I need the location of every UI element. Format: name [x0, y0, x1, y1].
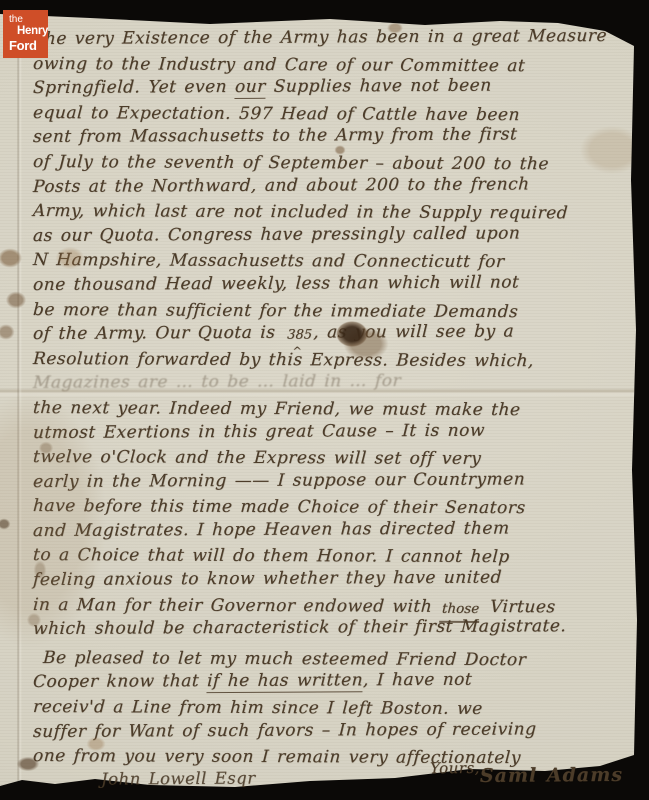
logo-word-the: the — [9, 15, 48, 25]
photo-stage: The very Existence of the Army has been … — [0, 0, 649, 800]
letter-text: , as you will see by a — [313, 322, 515, 343]
letter-line: Posts at the Northward, and about 200 to… — [32, 171, 623, 199]
letter-line: one thousand Head weekly, less than whic… — [32, 270, 623, 298]
letter-line: Springfield. Yet even our Supplies have … — [32, 73, 623, 101]
letter-closing: John Lowell Esqr Yours, Saml Adams — [33, 763, 623, 793]
henry-ford-logo: the Henry Ford — [3, 10, 48, 58]
letter-body: The very Existence of the Army has been … — [33, 27, 623, 790]
letter-line: sent from Massachusetts to the Army from… — [32, 122, 623, 150]
letter-line: of the Army. Our Quota is 385^, as you w… — [32, 319, 623, 347]
valediction: Yours, — [430, 759, 480, 777]
addressee: John Lowell Esqr — [101, 766, 256, 792]
letter-line: as our Quota. Congress have pressingly c… — [32, 221, 623, 249]
letter-line: suffer for Want of such favors – In hope… — [32, 717, 623, 745]
letter-text: Supplies have not been — [265, 76, 492, 97]
letter-text: in a Man for their Governor endowed with — [32, 595, 440, 617]
logo-word-henry: Henry — [17, 26, 48, 38]
letter-text: Springfield. Yet even — [33, 77, 236, 98]
underlined-word: our — [234, 77, 266, 99]
letter-line: which should be characteristick of their… — [32, 614, 623, 642]
letter-text: , I have not — [363, 670, 473, 691]
letter-line: utmost Exertions in this great Cause – I… — [32, 417, 623, 445]
logo-word-ford: Ford — [9, 39, 48, 52]
letter-text: Cooper know that — [33, 672, 208, 693]
letter-line-faded-crease: Magazines are … to be … laid in … for — [32, 368, 623, 396]
letter-line: The very Existence of the Army has been … — [32, 24, 623, 52]
letter-line: and Magistrates. I hope Heaven has direc… — [32, 516, 623, 544]
letter-line: feeling anxious to know whether they hav… — [32, 565, 623, 593]
signature-saml-adams: Saml Adams — [480, 764, 623, 787]
letter-line: Cooper know that if he has written, I ha… — [32, 667, 623, 695]
underlined-phrase: if he has written — [206, 671, 363, 694]
letter-line: early in the Morning —— I suppose our Co… — [32, 467, 623, 495]
signature-group: Yours, Saml Adams — [430, 763, 623, 790]
letter-text: of the Army. Our Quota is — [33, 323, 284, 344]
